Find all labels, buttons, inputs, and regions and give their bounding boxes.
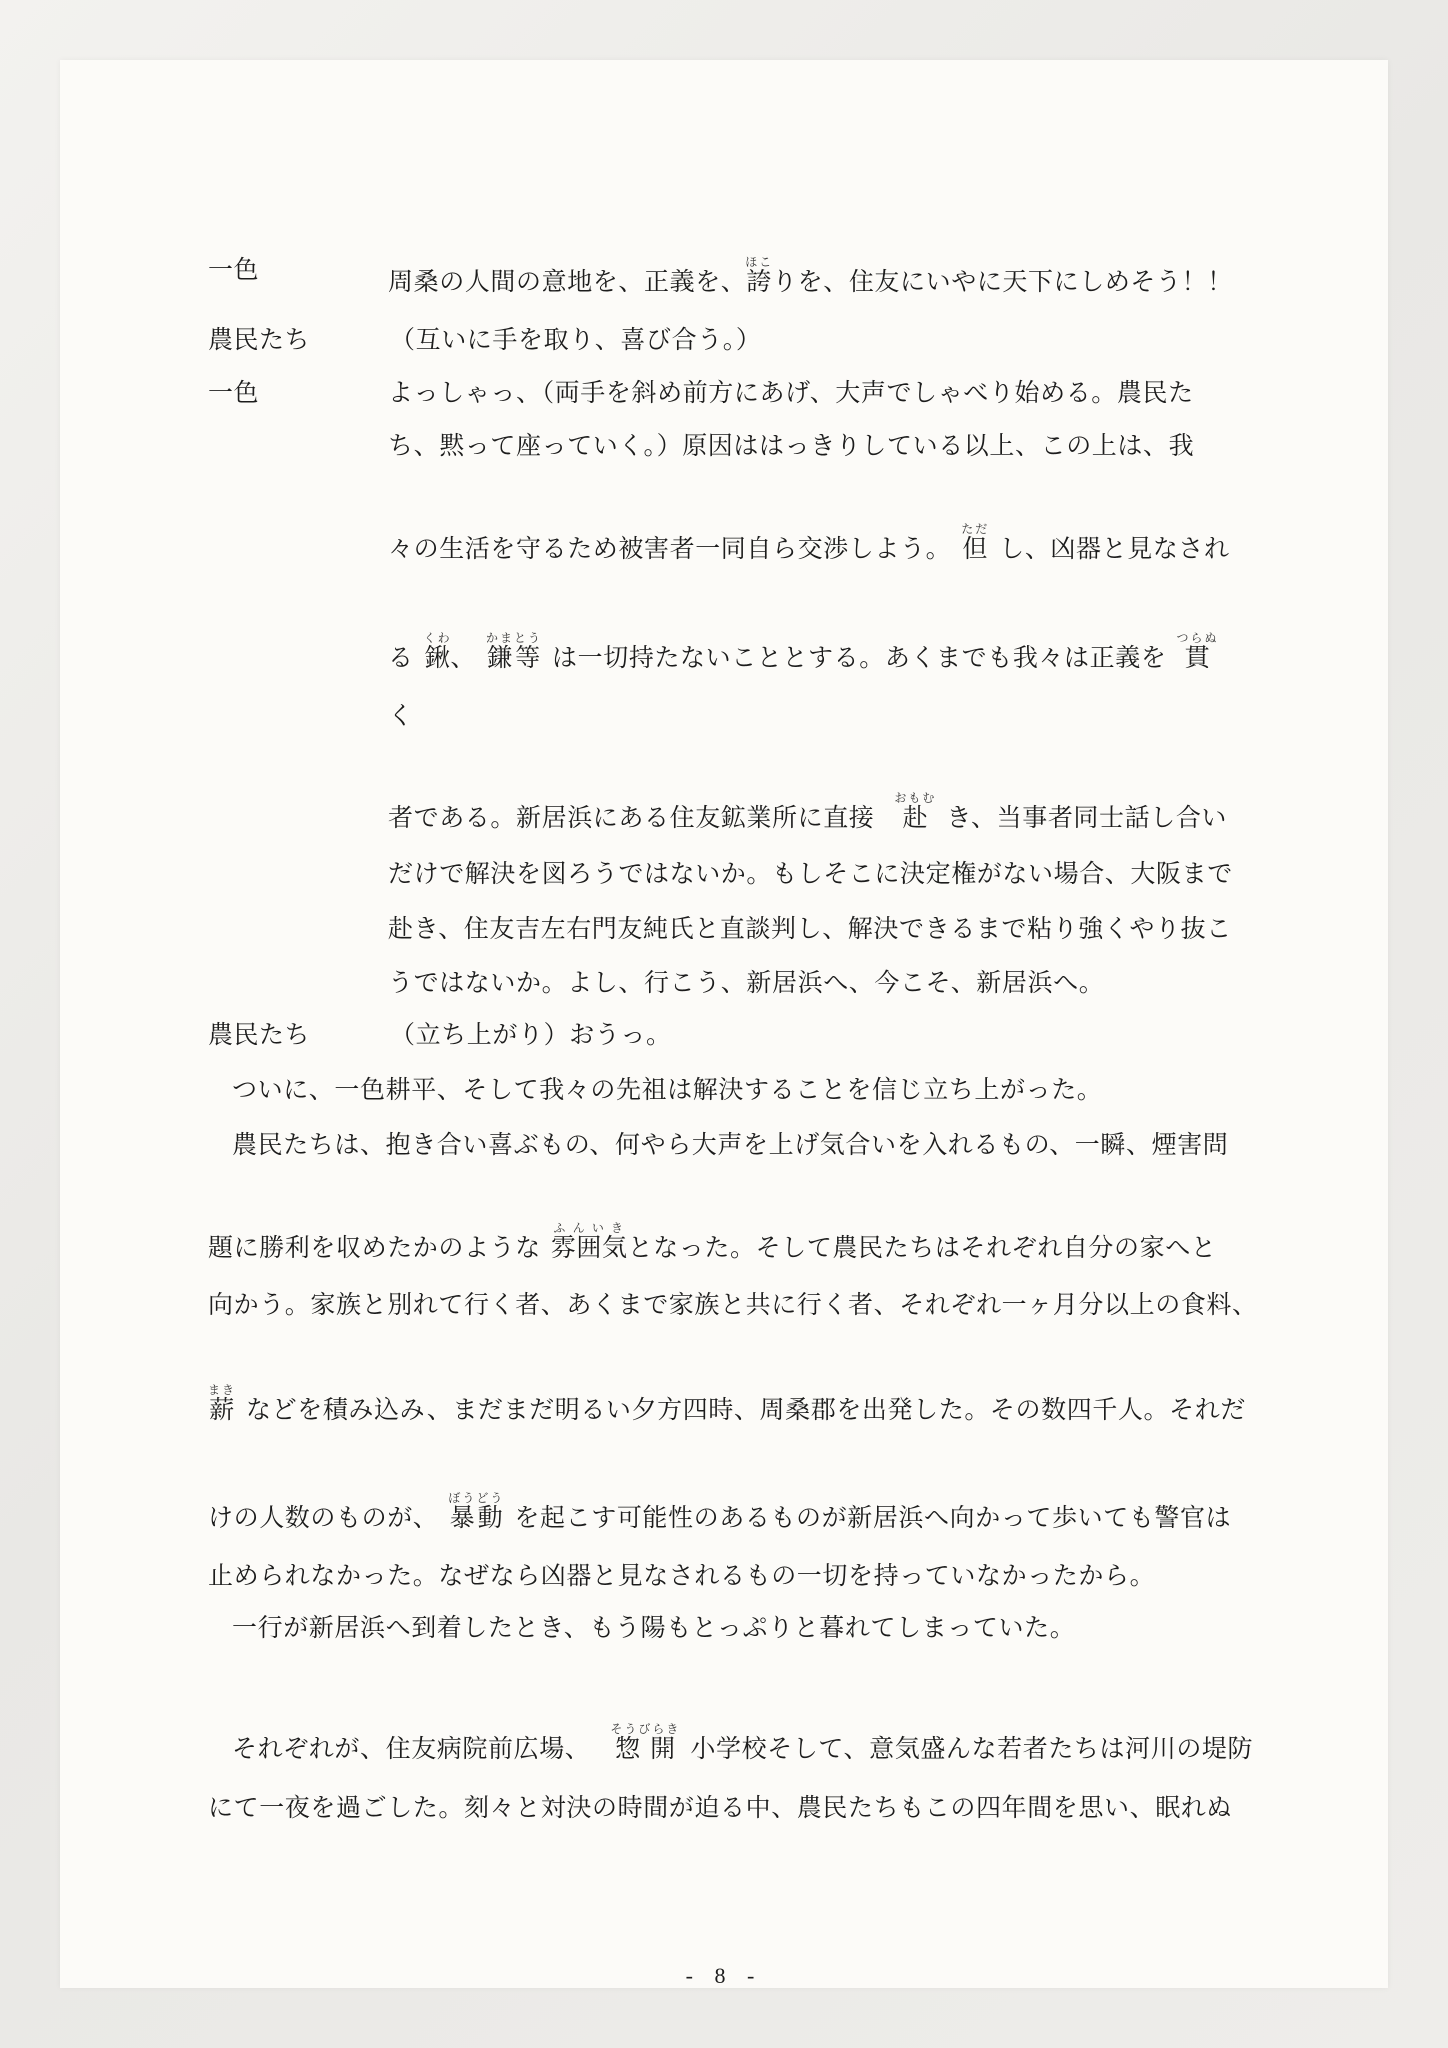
dialogue-line: だけで解決を図ろうではないか。もしそこに決定権がない場合、大阪まで xyxy=(388,859,1233,889)
dialogue-text: る xyxy=(388,643,414,672)
dialogue-text: は一切持たないこととする。あくまでも我々は正義を xyxy=(552,643,1166,672)
narration-text: それぞれが、住友病院前広場、 xyxy=(232,1734,590,1763)
ruby-reading: ぼうどう xyxy=(448,1491,504,1505)
ruby-base: 暴動 xyxy=(448,1503,504,1532)
speaker-label: 農民たち xyxy=(208,325,310,355)
ruby-annotation: 薪まき xyxy=(208,1395,236,1424)
ruby-reading: ただ xyxy=(961,522,989,536)
narration-text: となった。そして農民たちはそれぞれ自分の家へと xyxy=(628,1233,1217,1262)
ruby-base: 雰囲気 xyxy=(551,1233,628,1262)
ruby-reading: ふんいき xyxy=(551,1221,628,1235)
ruby-base: 鍬 xyxy=(424,643,452,672)
dialogue-line: 者である。新居浜にある住友鉱業所に直接赴おもむき、当事者同士話し合い xyxy=(388,791,1227,833)
dialogue-text: りを、住友にいやに天下にしめそう！！ xyxy=(772,267,1233,296)
ruby-base: 薪 xyxy=(208,1395,236,1424)
ruby-reading: くわ xyxy=(424,631,452,645)
dialogue-line: ち、黙って座っていく。）原因ははっきりしている以上、この上は、我 xyxy=(388,431,1194,461)
narration-paragraph: 一行が新居浜へ到着したとき、もう陽もとっぷりと暮れてしまっていた。 xyxy=(232,1613,1075,1643)
dialogue-line: うではないか。よし、行こう、新居浜へ、今こそ、新居浜へ。 xyxy=(388,968,1104,998)
ruby-base: 惣開 xyxy=(610,1734,680,1763)
dialogue-text: 、 xyxy=(450,643,476,672)
narration-line: 題に勝利を収めたかのような雰囲気ふんいきとなった。そして農民たちはそれぞれ自分の… xyxy=(208,1221,1216,1263)
narration-line: 薪まきなどを積み込み、まだまだ明るい夕方四時、周桑郡を出発した。その数四千人。そ… xyxy=(208,1383,1246,1425)
narration-paragraph: それぞれが、住友病院前広場、惣開そうびらき小学校そして、意気盛んな若者たちは河川… xyxy=(232,1722,1253,1764)
dialogue-line: よっしゃっ、（両手を斜め前方にあげ、大声でしゃべり始める。農民た xyxy=(388,378,1194,408)
narration-line: にて一夜を過ごした。刻々と対決の時間が迫る中、農民たちもこの四年間を思い、眠れぬ xyxy=(208,1793,1232,1823)
narration-line: 止められなかった。なぜなら凶器と見なされるもの一切を持っていなかったから。 xyxy=(208,1561,1155,1591)
ruby-reading: そうびらき xyxy=(610,1722,680,1736)
dialogue-text: し、凶器と見なされ xyxy=(999,534,1229,563)
ruby-base: 但 xyxy=(961,534,989,563)
ruby-reading: まき xyxy=(208,1383,236,1397)
dialogue-text: 々の生活を守るため被害者一同自ら交渉しよう。 xyxy=(388,534,951,563)
narration-text: 題に勝利を収めたかのような xyxy=(208,1233,541,1262)
ruby-base: 誇 xyxy=(745,267,773,296)
narration-text: を起こす可能性のあるものが新居浜へ向かって歩いても警官は xyxy=(514,1503,1231,1532)
ruby-reading: かまとう xyxy=(486,631,542,645)
ruby-annotation: 雰囲気ふんいき xyxy=(551,1233,628,1262)
ruby-reading: おもむ xyxy=(894,791,936,805)
ruby-annotation: 但ただ xyxy=(961,534,989,563)
ruby-reading: ほこ xyxy=(745,255,773,269)
stage-direction: （立ち上がり）おうっ。 xyxy=(390,1020,672,1050)
narration-line: 向かう。家族と別れて行く者、あくまで家族と共に行く者、それぞれ一ヶ月分以上の食料… xyxy=(208,1290,1258,1320)
ruby-annotation: 暴動ぼうどう xyxy=(448,1503,504,1532)
ruby-base: 鎌等 xyxy=(486,643,542,672)
narration-text: などを積み込み、まだまだ明るい夕方四時、周桑郡を出発した。その数四千人。それだ xyxy=(246,1395,1246,1424)
ruby-base: 赴 xyxy=(894,803,936,832)
page-number: - 8 - xyxy=(0,1963,1448,1989)
ruby-annotation: 鍬くわ xyxy=(424,643,451,672)
dialogue-line: 々の生活を守るため被害者一同自ら交渉しよう。但ただし、凶器と見なされ xyxy=(388,522,1230,564)
speaker-label: 一色 xyxy=(208,378,259,408)
speaker-label: 一色 xyxy=(208,255,259,285)
narration-text: 小学校そして、意気盛んな若者たちは河川の堤防 xyxy=(690,1734,1253,1763)
ruby-base: 貫 xyxy=(1176,643,1218,672)
narration-text: けの人数のものが、 xyxy=(208,1503,438,1532)
dialogue-line: 周桑の人間の意地を、正義を、誇ほこりを、住友にいやに天下にしめそう！！ xyxy=(388,255,1233,297)
ruby-annotation: 貫つらぬ xyxy=(1176,643,1218,672)
ruby-reading: つらぬ xyxy=(1176,631,1218,645)
ruby-annotation: 誇ほこ xyxy=(746,267,772,296)
dialogue-text: 者である。新居浜にある住友鉱業所に直接 xyxy=(388,803,874,832)
dialogue-line: 赴き、住友吉左右門友純氏と直談判し、解決できるまで粘り強くやり抜こ xyxy=(388,914,1232,944)
narration-paragraph: 農民たちは、抱き合い喜ぶもの、何やら大声を上げ気合いを入れるもの、一瞬、煙害問 xyxy=(232,1130,1228,1160)
narration-paragraph: ついに、一色耕平、そして我々の先祖は解決することを信じ立ち上がった。 xyxy=(232,1075,1102,1105)
stage-direction: （互いに手を取り、喜び合う。） xyxy=(390,325,762,355)
ruby-annotation: 惣開そうびらき xyxy=(610,1734,680,1763)
dialogue-text: 周桑の人間の意地を、正義を、 xyxy=(388,267,746,296)
ruby-annotation: 鎌等かまとう xyxy=(486,643,542,672)
dialogue-line: く xyxy=(388,701,414,731)
speaker-label: 農民たち xyxy=(208,1020,310,1050)
ruby-annotation: 赴おもむ xyxy=(894,803,936,832)
dialogue-text: き、当事者同士話し合い xyxy=(946,803,1227,832)
dialogue-line: る鍬くわ、鎌等かまとうは一切持たないこととする。あくまでも我々は正義を貫つらぬ xyxy=(388,631,1218,673)
narration-line: けの人数のものが、暴動ぼうどうを起こす可能性のあるものが新居浜へ向かって歩いても… xyxy=(208,1491,1231,1533)
